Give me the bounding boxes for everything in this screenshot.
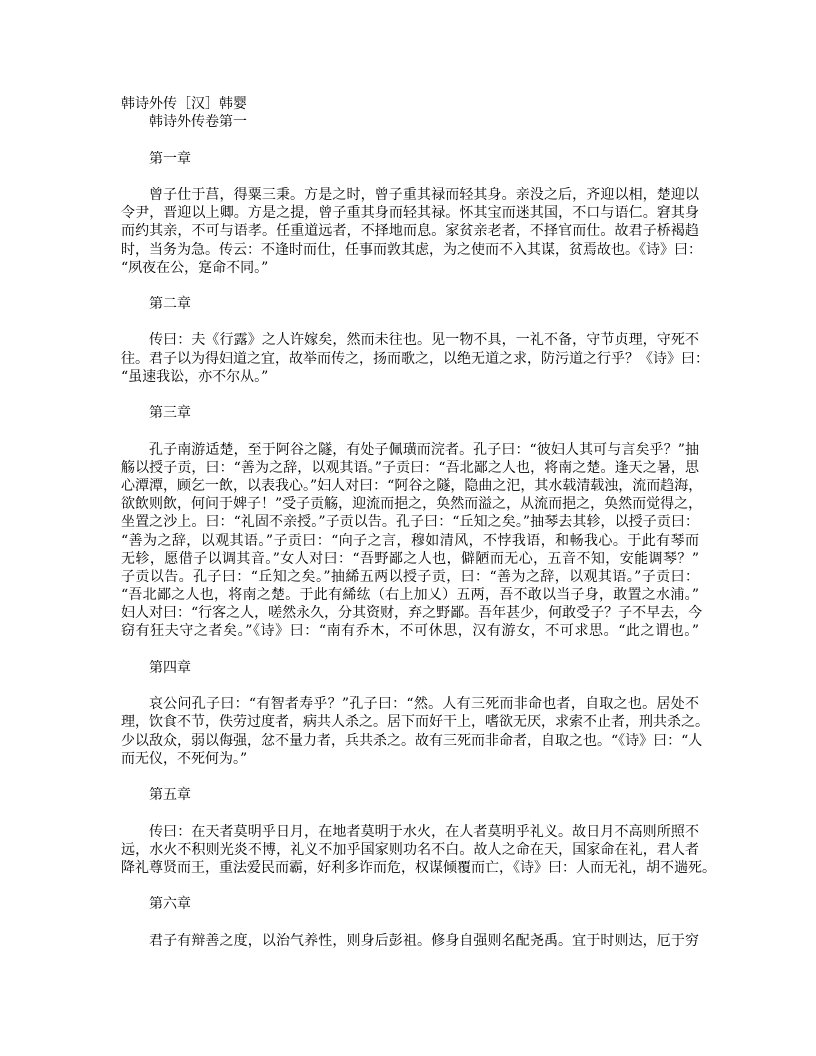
chapter-heading: 第五章 — [121, 786, 699, 804]
paragraph-line: 妇人对曰：“行客之人，嗟然永久，分其资财，弃之野鄙。吾年甚少，何敢受子？子不早去… — [121, 604, 699, 622]
chapter-heading: 第三章 — [121, 404, 699, 422]
chapter-5: 第五章 传曰：在天者莫明乎日月，在地者莫明于水火，在人者莫明乎礼义。故日月不高则… — [121, 786, 816, 895]
blank-line — [121, 641, 816, 659]
blank-line — [121, 804, 816, 822]
paragraph-line: “吾北鄙之人也，将南之楚。于此有絺纮（右上加乂）五两，吾不敢以当子身，敢置之水浦… — [121, 586, 699, 604]
blank-line — [121, 386, 816, 404]
paragraph-line: 令尹，晋迎以上卿。方是之提，曾子重其身而轻其禄。怀其宝而迷其国，不口与语仁。窘其… — [121, 204, 699, 222]
paragraph-line: 理，饮食不节，佚劳过度者，病共人杀之。居下而好干上，嗜欲无厌，求索不止者，刑共杀… — [121, 713, 699, 731]
paragraph-line: 觞以授子贡，曰：“善为之辞，以观其语。”子贡曰：“吾北鄙之人也，将南之楚。逢天之… — [121, 459, 699, 477]
paragraph-line: “虽速我讼，亦不尔从。” — [121, 368, 699, 386]
paragraph-line: 坐置之沙上。曰：“礼固不亲授。”子贡以告。孔子曰：“丘知之矣。”抽琴去其轸，以授… — [121, 513, 699, 531]
chapter-heading: 第六章 — [121, 895, 699, 913]
volume-title: 韩诗外传卷第一 — [121, 113, 699, 131]
paragraph-line: “夙夜在公，寔命不同。” — [121, 259, 699, 277]
blank-line — [121, 422, 816, 440]
document-page: 韩诗外传［汉］韩婴 韩诗外传卷第一 第一章 曾子仕于莒，得粟三秉。方是之时，曾子… — [0, 0, 816, 1056]
chapter-heading: 第四章 — [121, 659, 699, 677]
chapter-6: 第六章 君子有辩善之度，以治气养性，则身后彭祖。修身自强则名配尧禹。宜于时则达，… — [121, 895, 816, 950]
blank-line — [121, 313, 816, 331]
chapter-heading: 第一章 — [121, 150, 699, 168]
paragraph-line: 孔子南游适楚，至于阿谷之隧，有处子佩璜而浣者。孔子曰：“彼妇人其可与言矣乎？”抽 — [121, 441, 699, 459]
paragraph-line: 心潭潭，顾乞一飲，以表我心。”妇人对曰：“阿谷之隧，隐曲之汜，其水载清载浊，流而… — [121, 477, 699, 495]
paragraph-line: 少以敌众，弱以侮强，忿不量力者，兵共杀之。故有三死而非命者，自取之也。“《诗》曰… — [121, 732, 699, 750]
paragraph-line: 往。君子以为得妇道之宜，故举而传之，扬而歌之，以绝无道之求，防污道之行乎？《诗》… — [121, 350, 699, 368]
paragraph-line: “善为之辞，以观其语。”子贡曰：“向子之言，穆如清风，不悖我语，和畅我心。于此有… — [121, 532, 699, 550]
chapter-heading: 第二章 — [121, 295, 699, 313]
paragraph-line: 远，水火不积则光炎不博，礼义不加乎国家则功名不白。故人之命在天，国家命在礼，君人… — [121, 841, 699, 859]
paragraph-line: 降礼尊贤而王，重法爱民而霸，好利多诈而危，权谋倾覆而亡，《诗》曰：人而无礼，胡不… — [121, 859, 699, 877]
paragraph-line: 窃有狂夫守之者矣。”《诗》曰：“南有乔木，不可休思，汉有游女，不可求思。“此之谓… — [121, 622, 699, 640]
chapter-1: 第一章 曾子仕于莒，得粟三秉。方是之时，曾子重其禄而轻其身。亲没之后，齐迎以相，… — [121, 150, 816, 296]
blank-line — [121, 877, 816, 895]
paragraph-line: 哀公问孔子曰：“有智者寿乎？”孔子曰：“然。人有三死而非命也者，自取之也。居处不 — [121, 695, 699, 713]
paragraph-line: 传曰：夫《行露》之人许嫁矣，然而未往也。见一物不具，一礼不备，守节贞理，守死不 — [121, 331, 699, 349]
blank-line — [121, 768, 816, 786]
blank-line — [121, 677, 816, 695]
paragraph-line: 君子有辩善之度，以治气养性，则身后彭祖。修身自强则名配尧禹。宜于时则达，厄于穷 — [121, 932, 699, 950]
paragraph-line: 欲飲则飲，何问于婢子！”受子贡觞，迎流而挹之，奂然而溢之，从流而挹之，奂然而觉得… — [121, 495, 699, 513]
blank-line — [121, 131, 816, 149]
blank-line — [121, 913, 816, 931]
paragraph-line: 传曰：在天者莫明乎日月，在地者莫明于水火，在人者莫明乎礼义。故日月不高则所照不 — [121, 823, 699, 841]
chapter-3: 第三章 孔子南游适楚，至于阿谷之隧，有处子佩璜而浣者。孔子曰：“彼妇人其可与言矣… — [121, 404, 816, 659]
blank-line — [121, 277, 816, 295]
chapter-2: 第二章 传曰：夫《行露》之人许嫁矣，然而未往也。见一物不具，一礼不备，守节贞理，… — [121, 295, 816, 404]
blank-line — [121, 168, 816, 186]
paragraph-line: 无轸，愿借子以调其音。”女人对曰：“吾野鄙之人也，僻陋而无心，五音不知，安能调琴… — [121, 550, 699, 568]
paragraph-line: 而约其亲，不可与语孝。任重道远者，不择地而息。家贫亲老者，不择官而仕。故君子桥褐… — [121, 222, 699, 240]
paragraph-line: 曾子仕于莒，得粟三秉。方是之时，曾子重其禄而轻其身。亲没之后，齐迎以相，楚迎以 — [121, 186, 699, 204]
paragraph-line: 而无仪，不死何为。” — [121, 750, 699, 768]
book-author-line: 韩诗外传［汉］韩婴 — [121, 95, 699, 113]
paragraph-line: 子贡以告。孔子曰：“丘知之矣。”抽絺五两以授子贡，曰：“善为之辞，以观其语。”子… — [121, 568, 699, 586]
chapter-4: 第四章 哀公问孔子曰：“有智者寿乎？”孔子曰：“然。人有三死而非命也者，自取之也… — [121, 659, 816, 786]
paragraph-line: 时，当务为急。传云：不逢时而仕，任事而敦其虑，为之使而不入其谋，贫焉故也。《诗》… — [121, 241, 699, 259]
